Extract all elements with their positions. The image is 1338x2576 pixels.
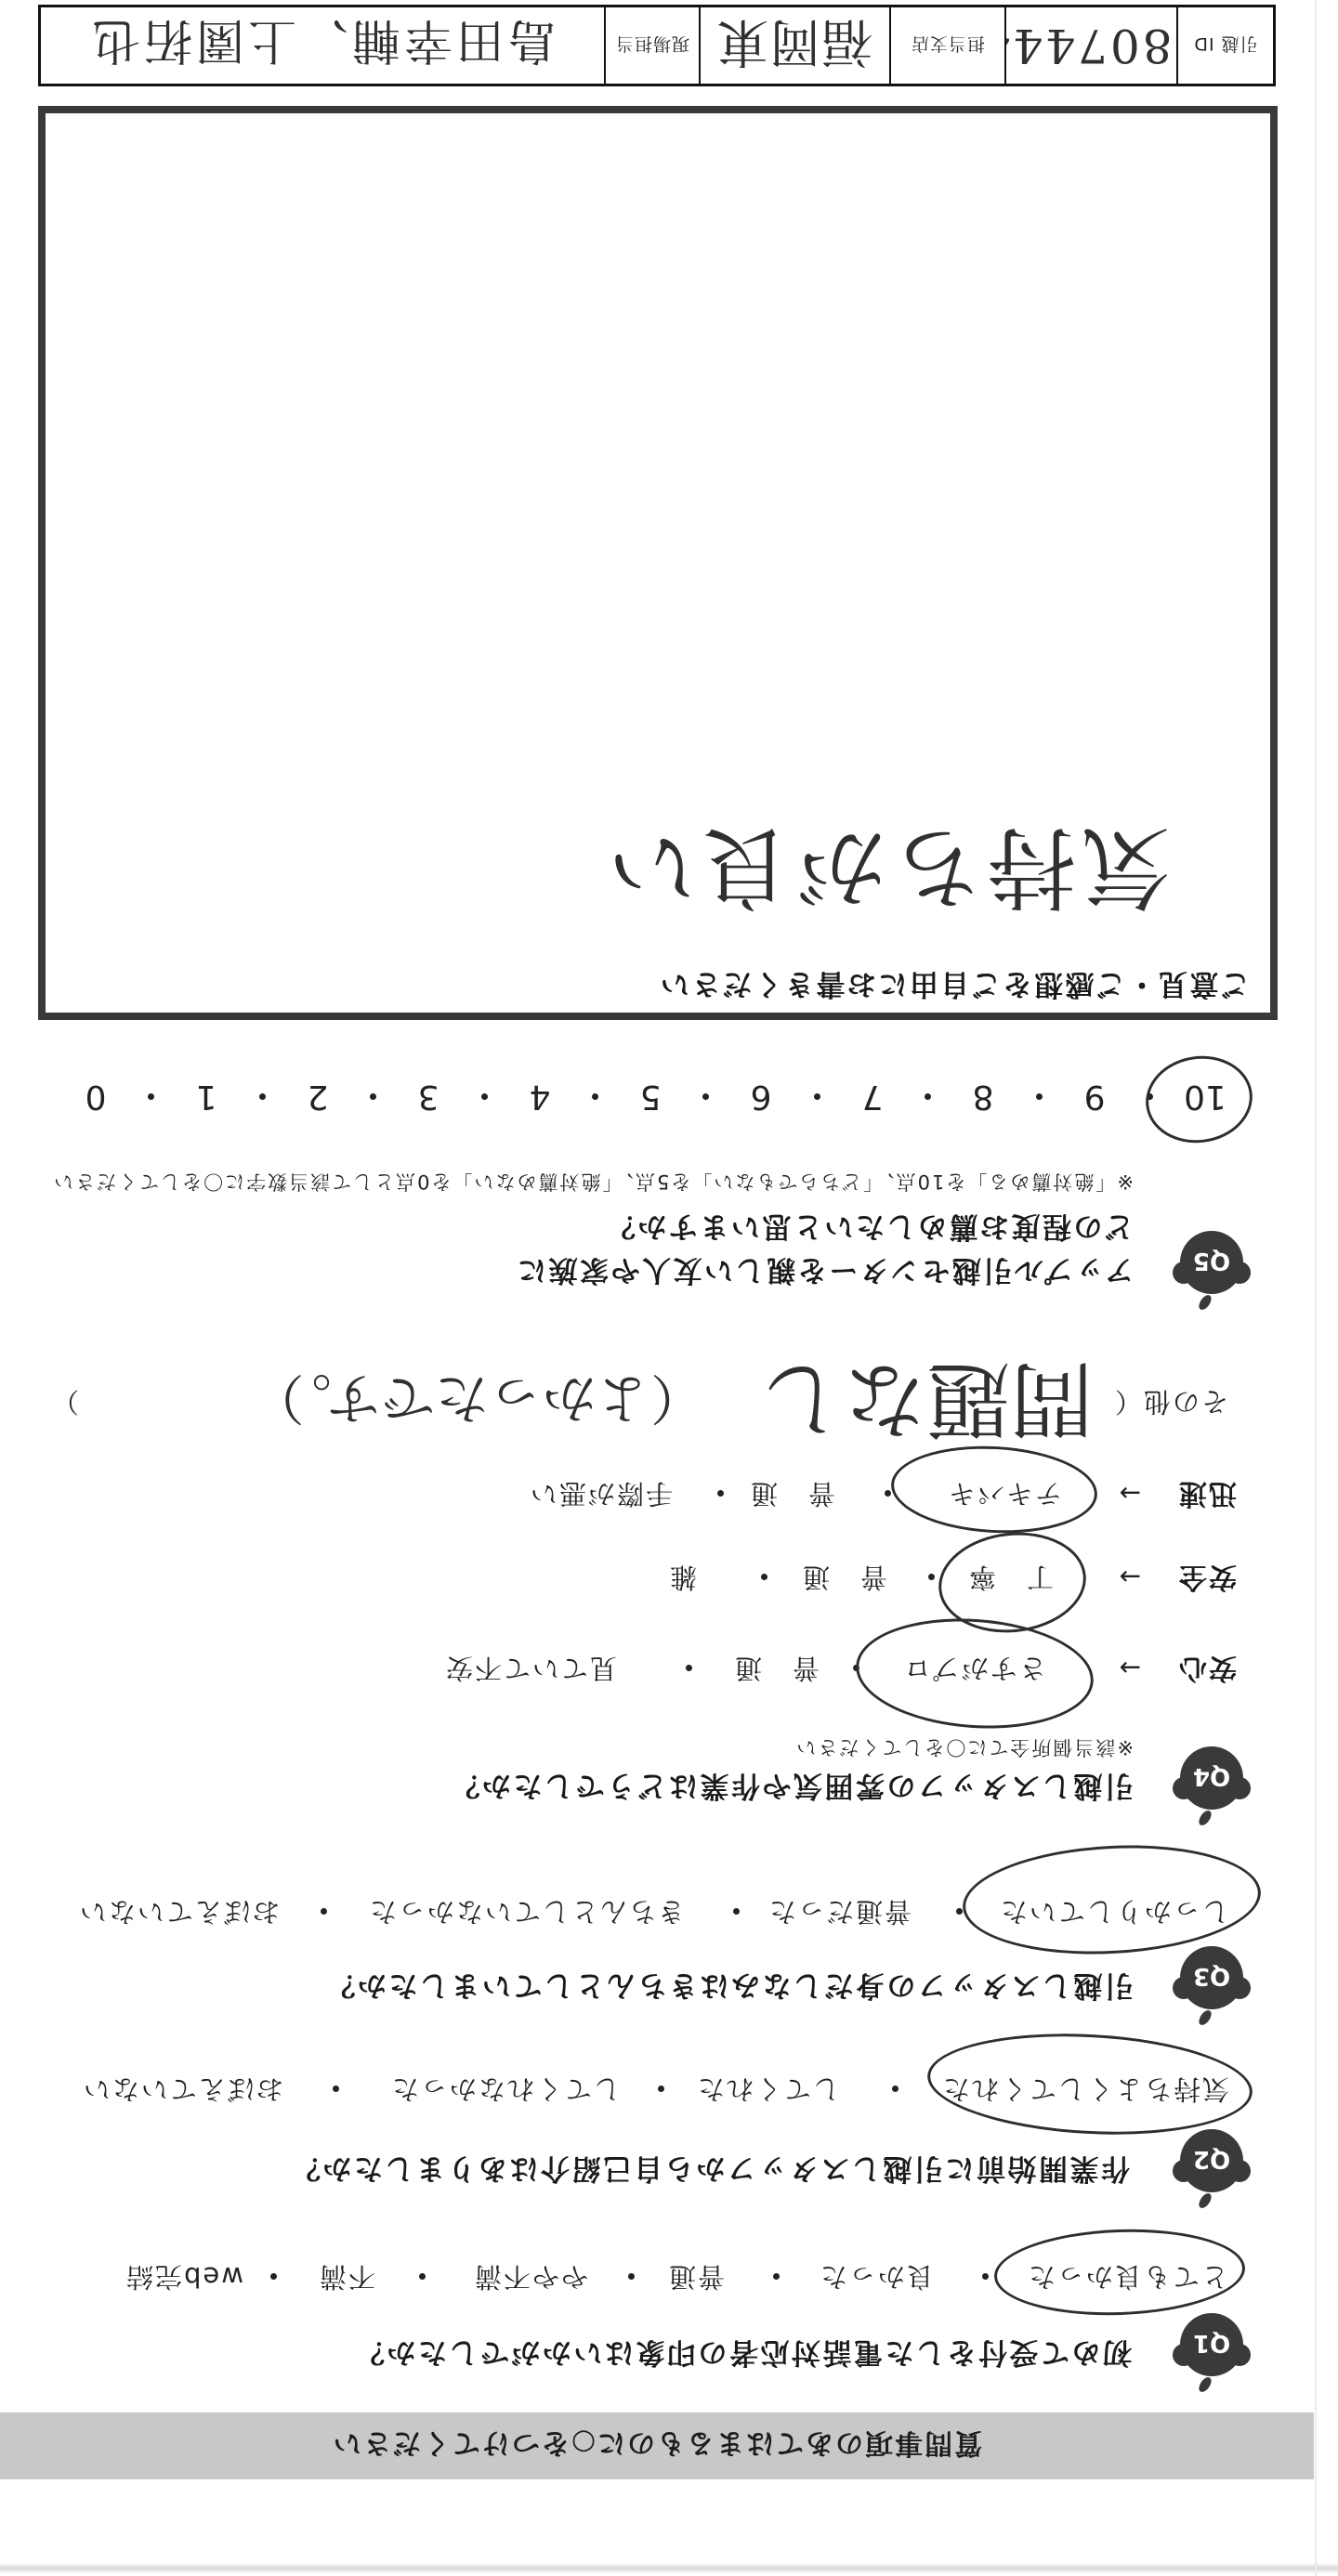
q4-option: 手際が悪い [529, 1480, 673, 1507]
q1-option: やや不満 [473, 2263, 588, 2290]
q4-option: 見ていて不安 [444, 1654, 617, 1681]
q2-answer-circle [925, 2026, 1254, 2142]
separator-dot [481, 1093, 488, 1100]
q4-anshin-answer-circle [852, 1611, 1097, 1736]
q5-answer-circle [1140, 1049, 1258, 1149]
scale-number: 6 [728, 1079, 794, 1113]
separator-dot [892, 2086, 899, 2092]
q4-apple-badge-icon: Q4 [1172, 1746, 1252, 1827]
svg-text:Q2: Q2 [1193, 2145, 1230, 2173]
q4-other-close-paren: ） [50, 1388, 79, 1415]
q3-question: 引越しスタッフの身だしなみはきちんとしていましたか？ [324, 1970, 1134, 1999]
q3-apple-badge-icon: Q3 [1172, 1945, 1252, 2027]
scale-number: 3 [396, 1079, 461, 1113]
separator-dot [717, 1490, 724, 1497]
scale-number: 8 [951, 1079, 1016, 1113]
q4-option: 普 通 [749, 1480, 835, 1507]
q4-note: ※該当個所全てに〇をしてください [794, 1737, 1134, 1757]
separator-dot [686, 1665, 692, 1671]
separator-dot [733, 1908, 740, 1915]
instruction-bar: 質問事項のあてはまるものに○をつけてください [0, 2413, 1314, 2479]
comments-handwritten: 気持ちが良い [602, 822, 1171, 911]
separator-dot [885, 1490, 891, 1497]
scale-number: 9 [1062, 1079, 1127, 1113]
separator-dot [419, 2273, 426, 2280]
staff-label: 現場担当 [606, 7, 701, 84]
q4-other-handwritten-note: （よかったです。） [251, 1371, 704, 1425]
move-id-label: 引越 ID [1178, 7, 1273, 84]
q4-option: 普 通 [733, 1654, 820, 1681]
survey-sheet-scan-rotated: 質問事項のあてはまるものに○をつけてください Q1 初めて受付をした電話対応者の… [0, 0, 1338, 2576]
arrow-right-icon: → [1120, 1563, 1141, 1589]
separator-dot [773, 2273, 780, 2280]
scale-number: 4 [507, 1079, 572, 1113]
staff-value: 島田幸輔、上園拓也 [41, 7, 606, 84]
scale-number: 5 [618, 1079, 683, 1113]
separator-dot [370, 1093, 376, 1100]
q2-option: してくれなかった [390, 2075, 621, 2102]
move-info-table: 引越 ID 2807444 担当支店 福岡東 現場担当 島田幸輔、上園拓也 [38, 5, 1276, 86]
scale-number: 2 [285, 1079, 350, 1113]
q5-apple-badge-icon: Q5 [1172, 1230, 1252, 1312]
move-id-value: 2807444 [1006, 7, 1178, 84]
arrow-right-icon: → [1120, 1480, 1141, 1506]
separator-dot [928, 1574, 935, 1580]
q4-option: 雑 [668, 1563, 697, 1590]
separator-dot [592, 1093, 598, 1100]
q4-row-label-anshin: 安心 [1177, 1654, 1237, 1681]
q3-option: 普通だった [767, 1898, 912, 1925]
q2-option: おぼえていない [82, 2075, 283, 2102]
q4-question: 引越しスタッフの雰囲気や作業はどうでしたか？ [449, 1771, 1134, 1799]
instruction-text: 質問事項のあてはまるものに○をつけてください [332, 2426, 982, 2466]
q1-apple-badge-icon: Q1 [1172, 2312, 1252, 2394]
arrow-right-icon: → [1120, 1654, 1141, 1680]
separator-dot [925, 1093, 931, 1100]
branch-value: 福岡東 [701, 7, 891, 84]
scale-number: 0 [63, 1079, 128, 1113]
separator-dot [814, 1093, 820, 1100]
q1-option: 普通 [667, 2263, 725, 2290]
q4-other-label: その他（ [1113, 1388, 1228, 1415]
paper-edge-shadow [0, 2563, 1338, 2574]
separator-dot [1036, 1093, 1043, 1100]
q4-other-handwritten: 問題なし [759, 1356, 1094, 1440]
q4-jinsoku-answer-circle [889, 1441, 1100, 1537]
separator-dot [702, 1093, 709, 1100]
q5-note: ※「絶対薦める」を10点、「どちらでもない」を5点、「絶対薦めない」を0点として… [52, 1171, 1134, 1191]
svg-text:Q3: Q3 [1193, 1962, 1230, 1990]
separator-dot [628, 2273, 635, 2280]
paper-side-edge [1315, 0, 1317, 2576]
q1-answer-circle [992, 2225, 1246, 2319]
svg-text:Q1: Q1 [1193, 2329, 1230, 2357]
q5-question-line-2: どの程度お薦めしたいと思いますか？ [605, 1211, 1135, 1240]
separator-dot [333, 2086, 339, 2092]
separator-dot [321, 1908, 327, 1915]
q4-row-label-anzen: 安全 [1177, 1563, 1237, 1590]
q5-question-line-1: アップル引越センターを親しい友人や家族に [516, 1255, 1134, 1284]
q3-option: おぼえていない [78, 1898, 280, 1925]
q3-answer-circle [960, 1838, 1264, 1962]
q1-option: web完結 [125, 2263, 243, 2290]
q2-option: してくれた [696, 2075, 840, 2102]
q4-option: 普 通 [801, 1563, 887, 1590]
scale-number: 1 [174, 1079, 239, 1113]
separator-dot [148, 1093, 154, 1100]
svg-text:Q4: Q4 [1193, 1762, 1230, 1790]
separator-dot [956, 1908, 963, 1915]
separator-dot [761, 1574, 767, 1580]
q3-option: きちんとしていなかった [368, 1898, 685, 1925]
separator-dot [982, 2273, 989, 2280]
comments-label: ご意見・ご感想をご自由にお書きください [659, 969, 1251, 998]
separator-dot [658, 2086, 664, 2092]
svg-text:Q5: Q5 [1193, 1247, 1230, 1275]
separator-dot [259, 1093, 266, 1100]
separator-dot [270, 2273, 277, 2280]
q1-question: 初めて受付をした電話対応者の印象はいかがでしたか？ [354, 2337, 1133, 2366]
q2-question: 作業開始前に引越しスタッフから自己紹介はありましたか？ [290, 2153, 1131, 2182]
q4-row-label-jinsoku: 迅速 [1177, 1479, 1237, 1507]
q1-option: 良かった [819, 2263, 934, 2290]
branch-label: 担当支店 [891, 7, 1006, 84]
scale-number: 7 [840, 1079, 905, 1113]
q2-apple-badge-icon: Q2 [1172, 2128, 1252, 2210]
q1-option: 不満 [318, 2263, 375, 2290]
